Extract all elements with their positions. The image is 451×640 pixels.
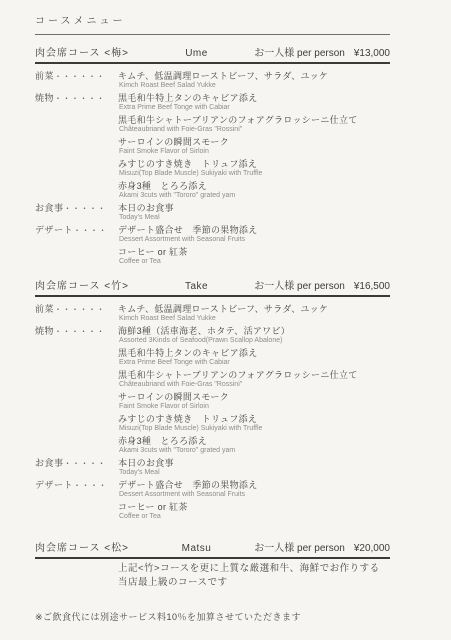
- menu-item-en: Châteaubriand with Foie-Gras "Rossini": [119, 126, 390, 134]
- section-items: 本日のお食事 Today's Meal: [118, 202, 390, 224]
- menu-item-jp: 赤身3種 とろろ添え: [118, 435, 390, 447]
- course-header: 肉会席コース <竹> Take お一人様 per person¥16,500: [35, 277, 390, 297]
- menu-row-yakimono: 焼物・・・・・・ 黒毛和牛特上タンのキャビア添え Extra Prime Bee…: [35, 92, 390, 202]
- menu-item-en: Kimch Roast Beef Salad Yukke: [119, 82, 390, 90]
- menu-item-en: Akami 3cuts with "Tororo" grated yam: [119, 192, 390, 200]
- menu-row-zensai: 前菜・・・・・・ キムチ、低温調理ローストビーフ、サラダ、ユッケ Kimch R…: [35, 303, 390, 325]
- menu-item-en: Misuzi(Top Blade Muscle) Sukiyaki with T…: [119, 425, 390, 433]
- menu-item-jp: キムチ、低温調理ローストビーフ、サラダ、ユッケ: [118, 70, 390, 82]
- course-description-line: 上記<竹>コースを更に上質な厳選和牛、海鮮でお作りする: [118, 562, 390, 576]
- menu-item-en: Châteaubriand with Foie-Gras "Rossini": [119, 381, 390, 389]
- menu-item-jp: 本日のお食事: [118, 202, 390, 214]
- section-label: 前菜・・・・・・: [35, 303, 118, 316]
- course-section-take: 肉会席コース <竹> Take お一人様 per person¥16,500 前…: [35, 277, 390, 523]
- leader-dots: ・・・・・: [64, 459, 107, 468]
- menu-item-jp: 赤身3種 とろろ添え: [118, 180, 390, 192]
- menu-item-jp: コーヒー or 紅茶: [118, 246, 390, 258]
- menu-item: コーヒー or 紅茶 Coffee or Tea: [118, 501, 390, 521]
- course-name-jp: 肉会席コース <松>: [35, 539, 163, 554]
- section-label: デザート・・・・: [35, 224, 118, 237]
- section-label: 焼物・・・・・・: [35, 92, 118, 105]
- section-label-text: 前菜: [35, 71, 54, 81]
- menu-item: キムチ、低温調理ローストビーフ、サラダ、ユッケ Kimch Roast Beef…: [118, 303, 390, 323]
- menu-item-jp: 黒毛和牛特上タンのキャビア添え: [118, 347, 390, 359]
- menu-item-jp: 本日のお食事: [118, 457, 390, 469]
- menu-item-en: Today's Meal: [119, 214, 390, 222]
- menu-item-en: Faint Smoke Flavor of Sirloin: [119, 403, 390, 411]
- menu-item-jp: サーロインの瞬間スモーク: [118, 136, 390, 148]
- section-items: 海鮮3種（活車海老、ホタテ、活アワビ） Assorted 3Kinds of S…: [118, 325, 390, 457]
- leader-dots: ・・・・: [73, 481, 107, 490]
- course-rows: 前菜・・・・・・ キムチ、低温調理ローストビーフ、サラダ、ユッケ Kimch R…: [35, 64, 390, 268]
- section-label: デザート・・・・: [35, 479, 118, 492]
- menu-row-dessert: デザート・・・・ デザート盛合せ 季節の果物添え Dessert Assortm…: [35, 479, 390, 523]
- menu-item-jp: みすじのすき焼き トリュフ添え: [118, 413, 390, 425]
- course-section-ume: 肉会席コース <梅> Ume お一人様 per person¥13,000 前菜…: [35, 44, 390, 268]
- menu-item-en: Extra Prime Beef Tonge with Cabiar: [119, 104, 390, 112]
- menu-row-zensai: 前菜・・・・・・ キムチ、低温調理ローストビーフ、サラダ、ユッケ Kimch R…: [35, 70, 390, 92]
- menu-item: 赤身3種 とろろ添え Akami 3cuts with "Tororo" gra…: [118, 435, 390, 455]
- section-label: お食事・・・・・: [35, 457, 118, 470]
- section-label-text: 焼物: [35, 326, 54, 336]
- menu-item-jp: みすじのすき焼き トリュフ添え: [118, 158, 390, 170]
- section-items: キムチ、低温調理ローストビーフ、サラダ、ユッケ Kimch Roast Beef…: [118, 70, 390, 92]
- course-name-en: Matsu: [163, 543, 230, 554]
- page-title: コースメニュー: [35, 12, 390, 35]
- menu-item-en: Today's Meal: [119, 469, 390, 477]
- course-header: 肉会席コース <梅> Ume お一人様 per person¥13,000: [35, 44, 390, 64]
- menu-item: 黒毛和牛特上タンのキャビア添え Extra Prime Beef Tonge w…: [118, 347, 390, 367]
- leader-dots: ・・・・・・: [54, 305, 105, 314]
- menu-row-shokuji: お食事・・・・・ 本日のお食事 Today's Meal: [35, 202, 390, 224]
- course-name-jp: 肉会席コース <梅>: [35, 44, 163, 59]
- price-value: ¥13,000: [354, 48, 390, 59]
- menu-item-en: Faint Smoke Flavor of Sirloin: [119, 148, 390, 156]
- menu-item-jp: 黒毛和牛特上タンのキャビア添え: [118, 92, 390, 104]
- section-label-text: デザート: [35, 480, 73, 490]
- menu-item: コーヒー or 紅茶 Coffee or Tea: [118, 246, 390, 266]
- menu-row-dessert: デザート・・・・ デザート盛合せ 季節の果物添え Dessert Assortm…: [35, 224, 390, 268]
- menu-item-jp: 黒毛和牛シャトーブリアンのフォアグラロッシーニ仕立て: [118, 114, 390, 126]
- menu-item-jp: デザート盛合せ 季節の果物添え: [118, 224, 390, 236]
- menu-row-shokuji: お食事・・・・・ 本日のお食事 Today's Meal: [35, 457, 390, 479]
- menu-item-en: Extra Prime Beef Tonge with Cabiar: [119, 359, 390, 367]
- section-label-text: 前菜: [35, 304, 54, 314]
- menu-item-en: Misuzi(Top Blade Muscle) Sukiyaki with T…: [119, 170, 390, 178]
- menu-item: 本日のお食事 Today's Meal: [118, 457, 390, 477]
- menu-item: 赤身3種 とろろ添え Akami 3cuts with "Tororo" gra…: [118, 180, 390, 200]
- menu-item-en: Assorted 3Kinds of Seafood(Prawn Scallop…: [119, 337, 390, 345]
- menu-item-en: Coffee or Tea: [119, 258, 390, 266]
- menu-item-jp: キムチ、低温調理ローストビーフ、サラダ、ユッケ: [118, 303, 390, 315]
- menu-item: 黒毛和牛特上タンのキャビア添え Extra Prime Beef Tonge w…: [118, 92, 390, 112]
- section-items: 黒毛和牛特上タンのキャビア添え Extra Prime Beef Tonge w…: [118, 92, 390, 202]
- menu-item: 黒毛和牛シャトーブリアンのフォアグラロッシーニ仕立て Châteaubriand…: [118, 114, 390, 134]
- menu-item: サーロインの瞬間スモーク Faint Smoke Flavor of Sirlo…: [118, 391, 390, 411]
- menu-item-en: Dessert Assortment with Seasonal Fruits: [119, 491, 390, 499]
- course-name-en: Take: [163, 281, 230, 292]
- menu-item-en: Coffee or Tea: [119, 513, 390, 521]
- menu-item-jp: サーロインの瞬間スモーク: [118, 391, 390, 403]
- menu-item-jp: デザート盛合せ 季節の果物添え: [118, 479, 390, 491]
- leader-dots: ・・・・・・: [54, 327, 105, 336]
- menu-item: デザート盛合せ 季節の果物添え Dessert Assortment with …: [118, 224, 390, 244]
- price-value: ¥16,500: [354, 281, 390, 292]
- menu-content: コースメニュー 肉会席コース <梅> Ume お一人様 per person¥1…: [35, 12, 390, 623]
- section-label: 焼物・・・・・・: [35, 325, 118, 338]
- menu-item: 黒毛和牛シャトーブリアンのフォアグラロッシーニ仕立て Châteaubriand…: [118, 369, 390, 389]
- course-header: 肉会席コース <松> Matsu お一人様 per person¥20,000: [35, 539, 390, 559]
- course-price: お一人様 per person¥13,000: [230, 44, 390, 59]
- menu-item-en: Kimch Roast Beef Salad Yukke: [119, 315, 390, 323]
- course-name-en: Ume: [163, 48, 230, 59]
- course-description-line: 当店最上級のコースです: [118, 576, 390, 590]
- menu-item-jp: 海鮮3種（活車海老、ホタテ、活アワビ）: [118, 325, 390, 337]
- menu-item: デザート盛合せ 季節の果物添え Dessert Assortment with …: [118, 479, 390, 499]
- price-label: お一人様 per person: [254, 543, 345, 554]
- course-price: お一人様 per person¥20,000: [230, 539, 390, 554]
- section-label-text: お食事: [35, 458, 64, 468]
- menu-item: サーロインの瞬間スモーク Faint Smoke Flavor of Sirlo…: [118, 136, 390, 156]
- section-label-text: 焼物: [35, 93, 54, 103]
- section-label-text: お食事: [35, 203, 64, 213]
- menu-sheet: コースメニュー 肉会席コース <梅> Ume お一人様 per person¥1…: [0, 0, 451, 640]
- menu-item: 本日のお食事 Today's Meal: [118, 202, 390, 222]
- section-items: デザート盛合せ 季節の果物添え Dessert Assortment with …: [118, 224, 390, 268]
- section-label-text: デザート: [35, 225, 73, 235]
- course-section-matsu: 肉会席コース <松> Matsu お一人様 per person¥20,000 …: [35, 539, 390, 590]
- leader-dots: ・・・・・: [64, 204, 107, 213]
- course-description: 上記<竹>コースを更に上質な厳選和牛、海鮮でお作りする 当店最上級のコースです: [35, 559, 390, 590]
- section-items: デザート盛合せ 季節の果物添え Dessert Assortment with …: [118, 479, 390, 523]
- menu-item-jp: 黒毛和牛シャトーブリアンのフォアグラロッシーニ仕立て: [118, 369, 390, 381]
- leader-dots: ・・・・・・: [54, 72, 105, 81]
- menu-item-en: Akami 3cuts with "Tororo" grated yam: [119, 447, 390, 455]
- menu-item: 海鮮3種（活車海老、ホタテ、活アワビ） Assorted 3Kinds of S…: [118, 325, 390, 345]
- leader-dots: ・・・・: [73, 226, 107, 235]
- section-label: お食事・・・・・: [35, 202, 118, 215]
- menu-item-jp: コーヒー or 紅茶: [118, 501, 390, 513]
- section-items: キムチ、低温調理ローストビーフ、サラダ、ユッケ Kimch Roast Beef…: [118, 303, 390, 325]
- price-label: お一人様 per person: [254, 281, 345, 292]
- course-name-jp: 肉会席コース <竹>: [35, 277, 163, 292]
- course-price: お一人様 per person¥16,500: [230, 277, 390, 292]
- course-rows: 前菜・・・・・・ キムチ、低温調理ローストビーフ、サラダ、ユッケ Kimch R…: [35, 297, 390, 523]
- menu-row-yakimono: 焼物・・・・・・ 海鮮3種（活車海老、ホタテ、活アワビ） Assorted 3K…: [35, 325, 390, 457]
- price-value: ¥20,000: [354, 543, 390, 554]
- section-label: 前菜・・・・・・: [35, 70, 118, 83]
- menu-item: みすじのすき焼き トリュフ添え Misuzi(Top Blade Muscle)…: [118, 158, 390, 178]
- leader-dots: ・・・・・・: [54, 94, 105, 103]
- menu-item-en: Dessert Assortment with Seasonal Fruits: [119, 236, 390, 244]
- menu-item: みすじのすき焼き トリュフ添え Misuzi(Top Blade Muscle)…: [118, 413, 390, 433]
- service-charge-note: ※ご飲食代には別途サービス料10％を加算させていただきます: [35, 610, 390, 623]
- menu-item: キムチ、低温調理ローストビーフ、サラダ、ユッケ Kimch Roast Beef…: [118, 70, 390, 90]
- price-label: お一人様 per person: [254, 48, 345, 59]
- section-items: 本日のお食事 Today's Meal: [118, 457, 390, 479]
